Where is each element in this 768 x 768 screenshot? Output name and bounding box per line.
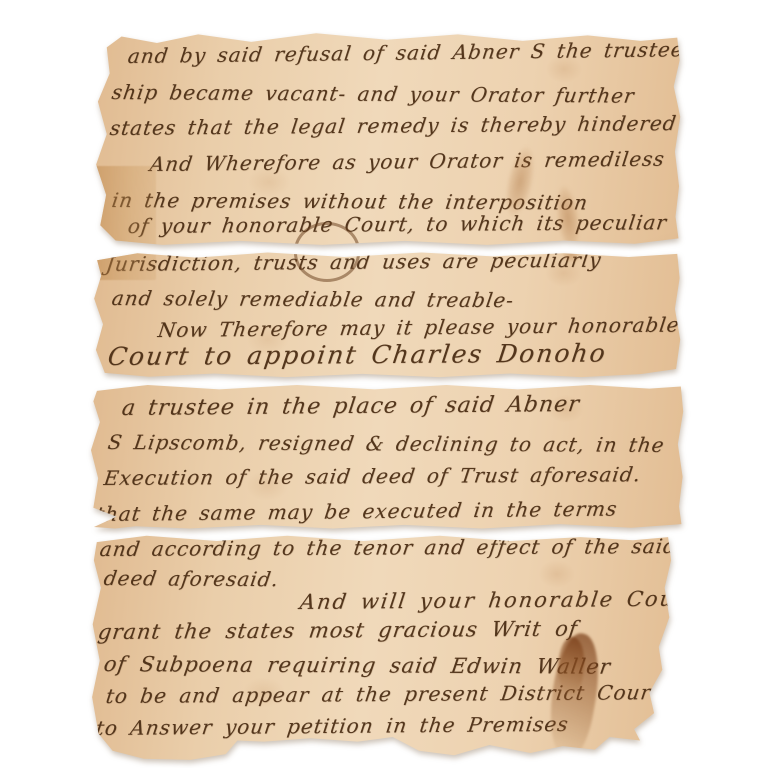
handwritten-line: of Subpoena requiring said Edwin Waller [102,652,612,679]
paper-strip-2-surface: Jurisdiction, trusts and uses are peculi… [90,250,682,378]
handwritten-line: deed aforesaid. [102,566,281,591]
handwritten-line: a trustee in the place of said Abner [120,392,581,421]
paper-strip-1: and by said refusal of said Abner S the … [92,30,682,247]
handwritten-line: and solely remediable and treable- [110,286,516,312]
handwritten-line: Jurisdiction, trusts and uses are peculi… [104,248,603,276]
handwritten-line: of your honorable Court, to which its pe… [126,210,668,238]
handwritten-line: Execution of the said deed of Trust afor… [102,462,642,490]
handwritten-line: And Wherefore as your Orator is remedile… [148,147,666,176]
manuscript-photo: and by said refusal of said Abner S the … [0,0,768,768]
handwritten-line: grant the states most gracious Writ of [96,617,579,644]
paper-strip-4-surface: and according to the tenor and effect of… [88,533,674,761]
handwritten-line: S Lipscomb, resigned & declining to act,… [106,430,666,457]
handwritten-line: to be and appear at the present District… [104,680,661,708]
paper-strip-3: a trustee in the place of said Abner S L… [88,382,685,530]
paper-strip-2: Jurisdiction, trusts and uses are peculi… [90,250,682,378]
paper-strip-4: and according to the tenor and effect of… [88,533,674,761]
handwritten-line: and according to the tenor and effect of… [98,534,678,561]
paper-strip-3-surface: a trustee in the place of said Abner S L… [88,382,685,530]
handwritten-line: and by said refusal of said Abner S the … [126,37,693,68]
handwritten-line: ship became vacant- and your Orator furt… [110,80,636,108]
handwritten-line: And will your honorable Court [298,587,699,614]
handwritten-line: Court to appoint Charles Donoho [106,339,609,371]
handwritten-line: states that the legal remedy is thereby … [108,111,678,140]
handwritten-line: to Answer your petition in the Premises [94,712,570,740]
paper-strip-1-surface: and by said refusal of said Abner S the … [92,30,682,247]
handwritten-line: that the same may be executed in the ter… [94,497,619,526]
